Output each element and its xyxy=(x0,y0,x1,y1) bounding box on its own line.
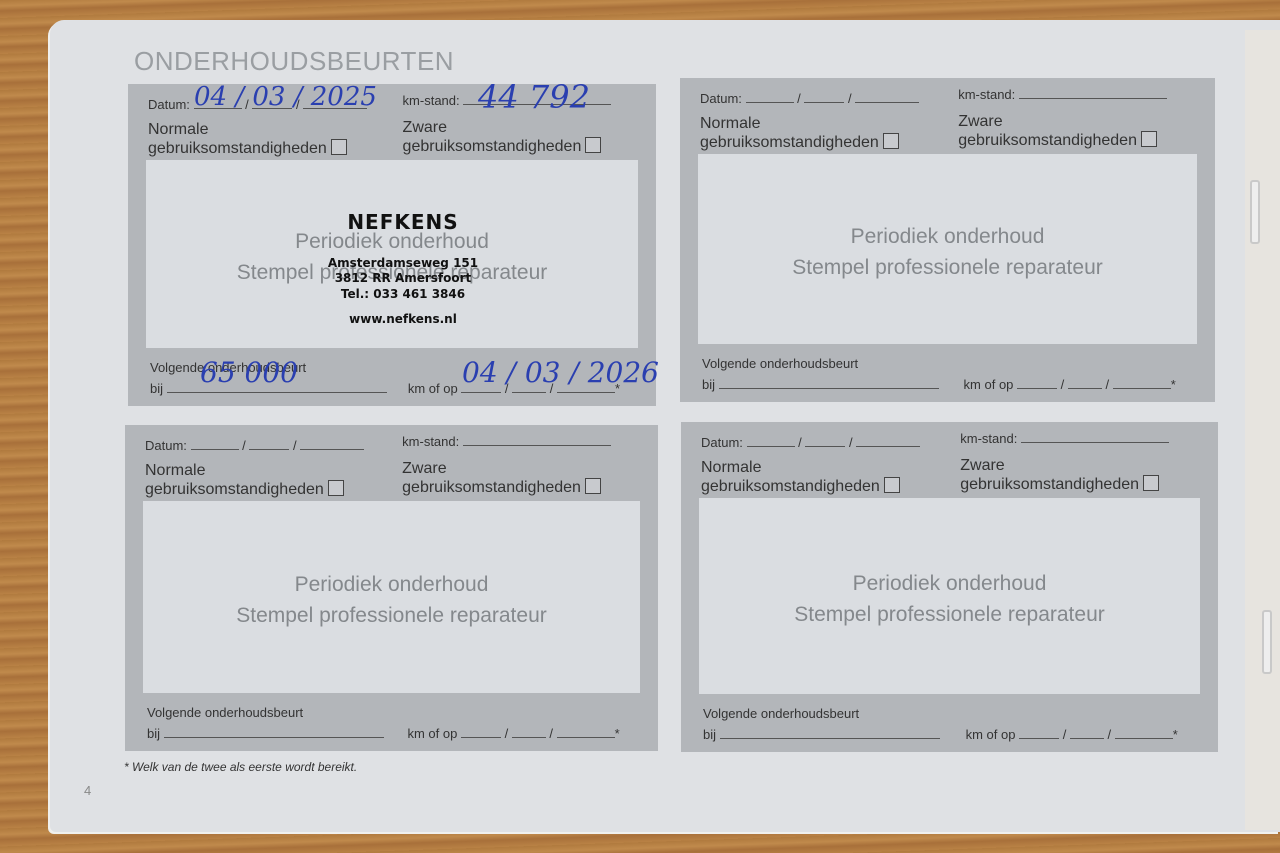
stamp-title: Periodiek onderhoud xyxy=(143,569,640,600)
handwritten-next-date: 04 / 03 / 2026 xyxy=(462,356,659,389)
zware-checkbox[interactable] xyxy=(1141,131,1157,147)
stamp-subtitle: Stempel professionele reparateur xyxy=(143,600,640,631)
service-entry-card: Datum: / / km-stand: Normale gebruiksoms… xyxy=(680,78,1215,402)
next-year-field[interactable] xyxy=(557,725,615,738)
km-of-op-label: km of op xyxy=(964,377,1014,392)
dealer-phone: Tel.: 033 461 3846 xyxy=(268,287,538,301)
service-entry-card: Datum: / / km-stand: Normale gebruiksoms… xyxy=(681,422,1218,752)
km-of-op-label: km of op xyxy=(408,381,458,396)
km-stand-label: km-stand: xyxy=(402,434,459,449)
next-month-field[interactable] xyxy=(1068,376,1102,389)
zware-label: Zware xyxy=(403,118,602,137)
service-entry-card: Datum: / / km-stand: Normale gebruiksoms… xyxy=(128,84,656,406)
km-stand-label: km-stand: xyxy=(960,431,1017,446)
km-stand-label: km-stand: xyxy=(403,93,460,108)
zware-label: Zware xyxy=(958,112,1157,131)
zware-label-2: gebruiksomstandigheden xyxy=(403,138,582,155)
next-service-label: Volgende onderhoudsbeurt xyxy=(147,705,303,720)
asterisk: * xyxy=(1171,377,1176,392)
stamp-area: Periodiek onderhoud Stempel professionel… xyxy=(699,498,1200,694)
zware-checkbox[interactable] xyxy=(585,478,601,494)
zware-label-2: gebruiksomstandigheden xyxy=(402,479,581,496)
next-month-field[interactable] xyxy=(1070,726,1104,739)
normale-label-2: gebruiksomstandigheden xyxy=(148,140,327,157)
next-km-field[interactable] xyxy=(164,725,384,738)
normale-label: Normale xyxy=(701,458,900,477)
km-stand-field[interactable] xyxy=(463,433,611,446)
next-month-field[interactable] xyxy=(512,725,546,738)
asterisk: * xyxy=(615,726,620,741)
bij-label: bij xyxy=(703,727,716,742)
date-month-field[interactable] xyxy=(804,90,844,103)
date-year-field[interactable] xyxy=(856,434,920,447)
normale-label-2: gebruiksomstandigheden xyxy=(701,478,880,495)
normale-label: Normale xyxy=(145,461,344,480)
bij-label: bij xyxy=(147,726,160,741)
date-day-field[interactable] xyxy=(746,90,794,103)
date-day-field[interactable] xyxy=(191,437,239,450)
staple xyxy=(1250,180,1260,244)
km-of-op-label: km of op xyxy=(407,726,457,741)
zware-label-2: gebruiksomstandigheden xyxy=(958,132,1137,149)
stamp-title: Periodiek onderhoud xyxy=(699,568,1200,599)
handwritten-date: 04 / 03 / 2025 xyxy=(194,82,377,112)
zware-label: Zware xyxy=(960,456,1159,475)
handwritten-next-km: 65 000 xyxy=(200,356,298,389)
normale-checkbox[interactable] xyxy=(328,480,344,496)
next-day-field[interactable] xyxy=(461,725,501,738)
normale-label: Normale xyxy=(700,114,899,133)
normale-label: Normale xyxy=(148,120,347,139)
staple xyxy=(1262,610,1272,674)
date-day-field[interactable] xyxy=(747,434,795,447)
booklet-spine xyxy=(1245,30,1280,830)
next-day-field[interactable] xyxy=(1019,726,1059,739)
normale-checkbox[interactable] xyxy=(884,477,900,493)
datum-label: Datum: xyxy=(145,438,187,453)
asterisk: * xyxy=(1173,727,1178,742)
date-month-field[interactable] xyxy=(249,437,289,450)
normale-label-2: gebruiksomstandigheden xyxy=(700,134,879,151)
datum-label: Datum: xyxy=(700,91,742,106)
stamp-subtitle: Stempel professionele reparateur xyxy=(699,599,1200,630)
normale-checkbox[interactable] xyxy=(883,133,899,149)
next-year-field[interactable] xyxy=(1115,726,1173,739)
datum-label: Datum: xyxy=(701,435,743,450)
stamp-title: Periodiek onderhoud xyxy=(698,221,1197,252)
service-entry-card: Datum: / / km-stand: Normale gebruiksoms… xyxy=(125,425,658,751)
date-month-field[interactable] xyxy=(805,434,845,447)
normale-label-2: gebruiksomstandigheden xyxy=(145,481,324,498)
next-km-field[interactable] xyxy=(720,726,940,739)
dealer-name: NEFKENS xyxy=(268,210,538,234)
bij-label: bij xyxy=(150,381,163,396)
normale-checkbox[interactable] xyxy=(331,139,347,155)
dealer-website: www.nefkens.nl xyxy=(268,312,538,326)
km-of-op-label: km of op xyxy=(966,727,1016,742)
dealer-address-2: 3812 RR Amersfoort xyxy=(268,271,538,285)
date-year-field[interactable] xyxy=(855,90,919,103)
km-stand-field[interactable] xyxy=(1019,86,1167,99)
zware-label-2: gebruiksomstandigheden xyxy=(960,476,1139,493)
date-year-field[interactable] xyxy=(300,437,364,450)
next-service-label: Volgende onderhoudsbeurt xyxy=(703,706,859,721)
km-stand-field[interactable] xyxy=(1021,430,1169,443)
next-day-field[interactable] xyxy=(1017,376,1057,389)
page-number: 4 xyxy=(84,783,91,798)
datum-label: Datum: xyxy=(148,97,190,112)
next-service-label: Volgende onderhoudsbeurt xyxy=(702,356,858,371)
stamp-subtitle: Stempel professionele reparateur xyxy=(698,252,1197,283)
dealer-address-1: Amsterdamseweg 151 xyxy=(268,256,538,270)
bij-label: bij xyxy=(702,377,715,392)
next-km-field[interactable] xyxy=(719,376,939,389)
zware-checkbox[interactable] xyxy=(1143,475,1159,491)
zware-checkbox[interactable] xyxy=(585,137,601,153)
stamp-area: Periodiek onderhoud Stempel professionel… xyxy=(143,501,640,693)
page-title: ONDERHOUDSBEURTEN xyxy=(134,46,454,77)
next-year-field[interactable] xyxy=(1113,376,1171,389)
footnote: * Welk van de twee als eerste wordt bere… xyxy=(124,760,357,774)
handwritten-km: 44 792 xyxy=(478,78,590,116)
stamp-area: Periodiek onderhoud Stempel professionel… xyxy=(698,154,1197,344)
zware-label: Zware xyxy=(402,459,601,478)
km-stand-label: km-stand: xyxy=(958,87,1015,102)
